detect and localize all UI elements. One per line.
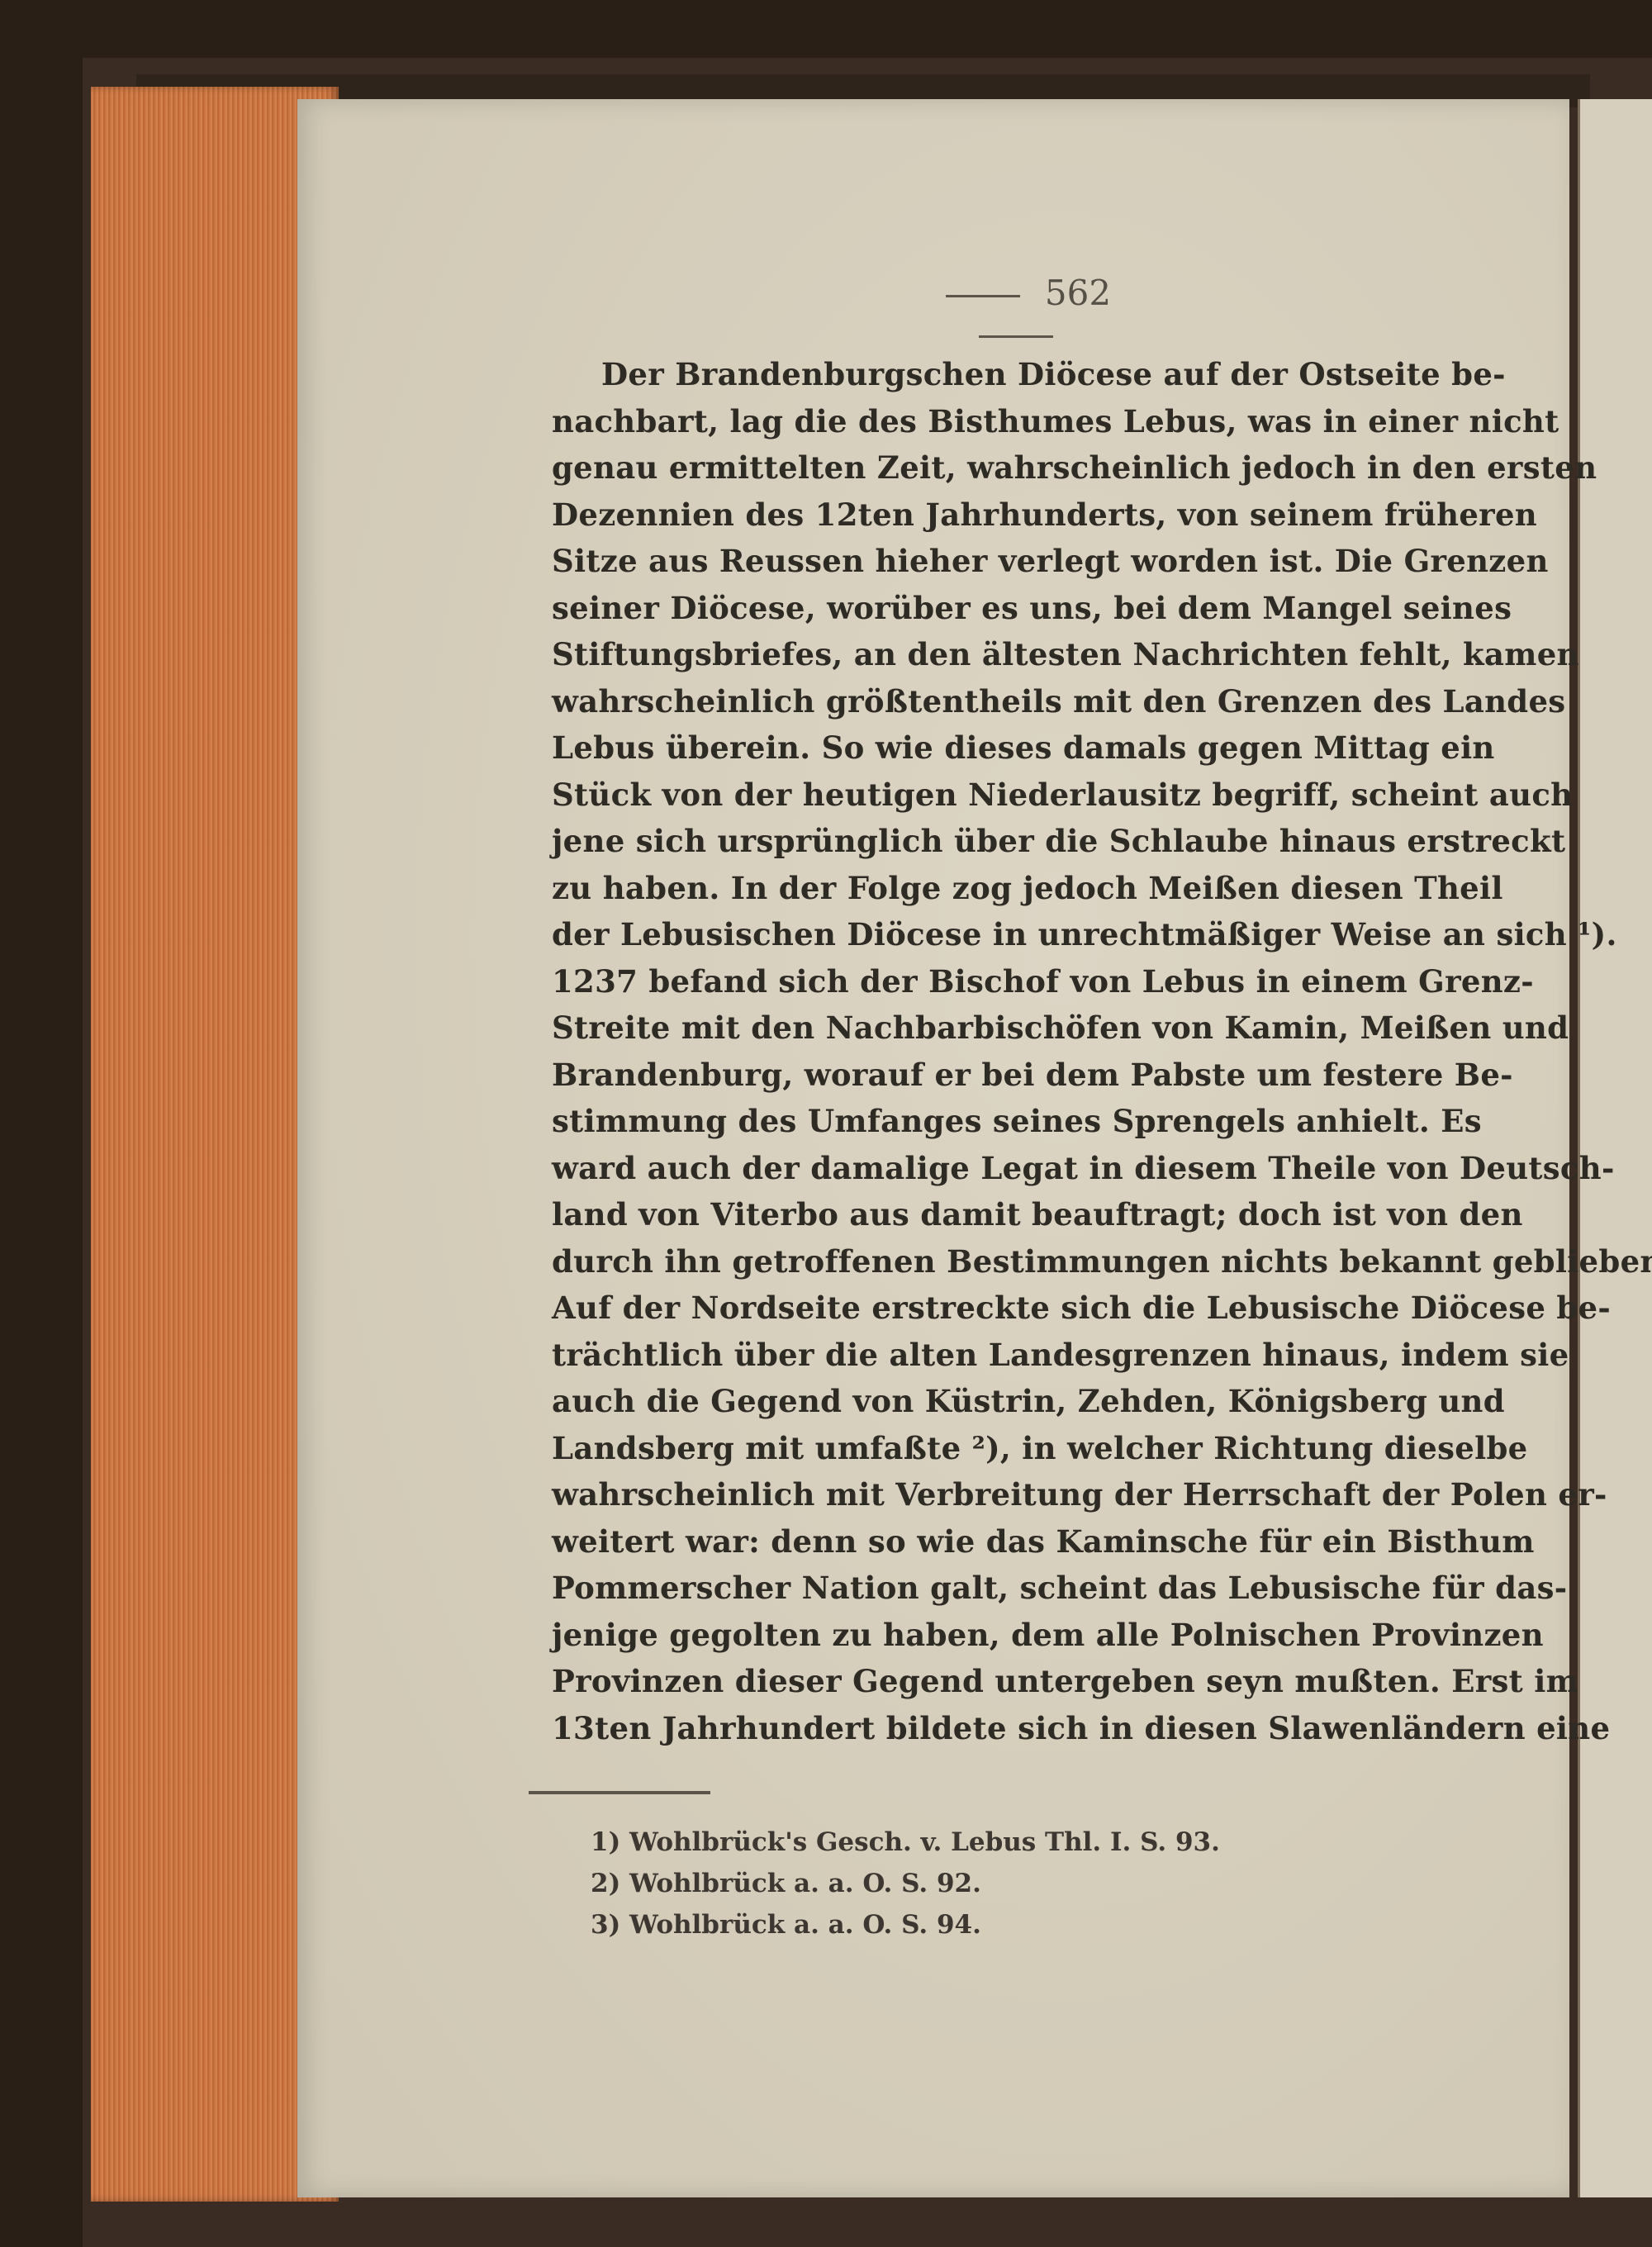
text-line: Stück von der heutigen Niederlausitz beg…: [552, 772, 1437, 819]
text-line: Auf der Nordseite erstreckte sich die Le…: [552, 1285, 1437, 1332]
page-number-dash-right: [979, 335, 1053, 338]
text-line: Der Brandenburgschen Diöcese auf der Ost…: [552, 351, 1437, 398]
page-number-value: 562: [1045, 273, 1111, 313]
page-number: 562: [859, 273, 1173, 354]
text-line: Landsberg mit umfaßte ²), in welcher Ric…: [552, 1425, 1437, 1472]
footnote: 1) Wohlbrück's Gesch. v. Lebus Thl. I. S…: [591, 1822, 1220, 1863]
text-line: genau ermittelten Zeit, wahrscheinlich j…: [552, 444, 1437, 492]
footnote: 3) Wohlbrück a. a. O. S. 94.: [591, 1904, 1220, 1945]
text-line: der Lebusischen Diöcese in unrechtmäßige…: [552, 911, 1437, 958]
text-line: Pommerscher Nation galt, scheint das Leb…: [552, 1565, 1437, 1612]
text-line: Dezennien des 12ten Jahrhunderts, von se…: [552, 492, 1437, 539]
text-line: Streite mit den Nachbarbischöfen von Kam…: [552, 1005, 1437, 1052]
text-line: trächtlich über die alten Landesgrenzen …: [552, 1332, 1437, 1379]
text-line: land von Viterbo aus damit beauftragt; d…: [552, 1191, 1437, 1238]
page-number-dash-left: [946, 295, 1020, 297]
text-line: wahrscheinlich mit Verbreitung der Herrs…: [552, 1471, 1437, 1518]
text-line: Provinzen dieser Gegend untergeben seyn …: [552, 1658, 1437, 1705]
text-line: nachbart, lag die des Bisthumes Lebus, w…: [552, 398, 1437, 445]
footnotes: 1) Wohlbrück's Gesch. v. Lebus Thl. I. S…: [591, 1822, 1220, 1945]
text-line: durch ihn getroffenen Bestimmungen nicht…: [552, 1238, 1437, 1285]
text-line: Sitze aus Reussen hieher verlegt worden …: [552, 538, 1437, 585]
text-line: Stiftungsbriefes, an den ältesten Nachri…: [552, 631, 1437, 678]
text-line: jenige gegolten zu haben, dem alle Polni…: [552, 1612, 1437, 1659]
text-line: jene sich ursprünglich über die Schlaube…: [552, 818, 1437, 865]
text-line: ward auch der damalige Legat in diesem T…: [552, 1145, 1437, 1192]
text-line: auch die Gegend von Küstrin, Zehden, Kön…: [552, 1378, 1437, 1425]
text-line: seiner Diöcese, worüber es uns, bei dem …: [552, 585, 1437, 632]
text-line: zu haben. In der Folge zog jedoch Meißen…: [552, 865, 1437, 912]
body-text: Der Brandenburgschen Diöcese auf der Ost…: [552, 351, 1437, 1751]
text-line: wahrscheinlich größtentheils mit den Gre…: [552, 678, 1437, 725]
text-line: 13ten Jahrhundert bildete sich in diesen…: [552, 1705, 1437, 1752]
text-line: Lebus überein. So wie dieses damals gege…: [552, 724, 1437, 772]
footnote: 2) Wohlbrück a. a. O. S. 92.: [591, 1863, 1220, 1904]
text-line: stimmung des Umfanges seines Sprengels a…: [552, 1098, 1437, 1145]
footnote-rule: [529, 1791, 710, 1794]
right-page-edge: [1578, 99, 1652, 2197]
text-line: Brandenburg, worauf er bei dem Pabste um…: [552, 1052, 1437, 1099]
text-line: 1237 befand sich der Bischof von Lebus i…: [552, 958, 1437, 1005]
text-line: weitert war: denn so wie das Kaminsche f…: [552, 1518, 1437, 1565]
